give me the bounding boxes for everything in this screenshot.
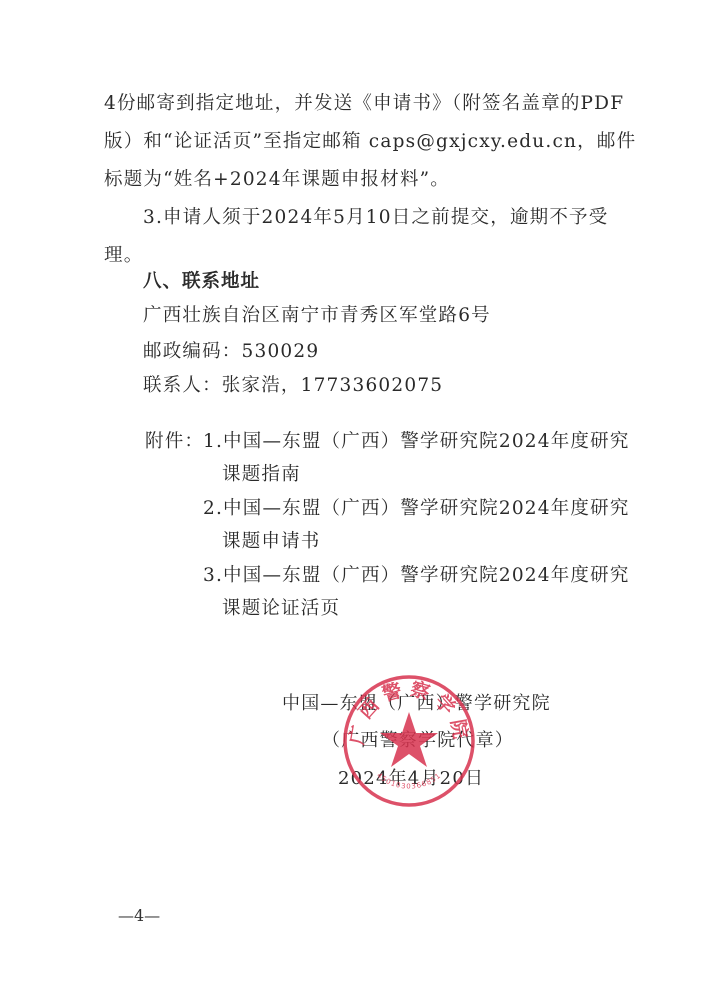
contact-address: 广西壮族自治区南宁市青秀区军堂路6号 [143,304,491,328]
body-line: 理。 [104,244,143,268]
attachment-item-2: 2.中国—东盟（广西）警学研究院2024年度研究 [203,497,630,521]
attachment-item-1: 1.中国—东盟（广西）警学研究院2024年度研究 [203,430,630,454]
contact-person: 联系人：张家浩，17733602075 [143,374,443,398]
signature-org: 中国—东盟（广西）警学研究院 [282,692,551,716]
attachments-label: 附件： [145,430,204,454]
section-heading-contact: 八、联系地址 [143,270,260,294]
attachment-item-1-cont: 课题指南 [222,463,301,487]
page-number: —4— [118,906,160,925]
attachment-item-3-cont: 课题论证活页 [222,597,340,621]
attachment-item-2-cont: 课题申请书 [222,530,321,554]
attachment-item-3: 3.中国—东盟（广西）警学研究院2024年度研究 [203,564,630,588]
signature-proxy: （广西警察学院代章） [322,729,514,753]
body-line: 4份邮寄到指定地址，并发送《申请书》（附签名盖章的PDF [104,92,624,116]
contact-postcode: 邮政编码：530029 [143,340,319,364]
signature-date: 2024年4月20日 [338,767,484,791]
body-line: 版）和“论证活页”至指定邮箱 caps@gxjcxy.edu.cn，邮件 [104,130,636,154]
body-line: 3.申请人须于2024年5月10日之前提交，逾期不予受 [143,206,608,230]
body-line: 标题为“姓名+2024年课题申报材料”。 [104,168,450,192]
